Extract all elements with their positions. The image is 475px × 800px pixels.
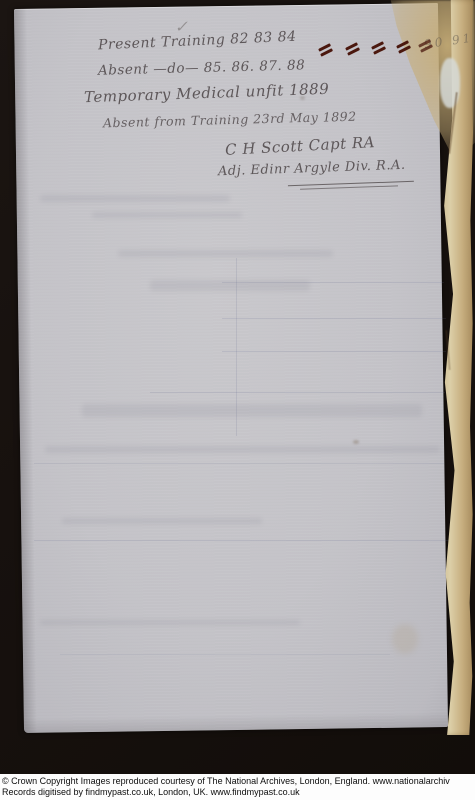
rule-line: [60, 654, 390, 655]
rule-line: [150, 392, 445, 393]
tally-mark: [318, 45, 333, 56]
tally-mark: [396, 42, 411, 53]
torn-edge-patch: [440, 58, 460, 108]
rule-line: [34, 463, 444, 464]
rule-line: [34, 540, 449, 541]
ghost-text-smudge: [150, 280, 310, 291]
tally-mark: [418, 41, 433, 52]
scan-background: Present Training 82 83 84 Absent —do— 85…: [0, 0, 475, 800]
ghost-text-smudge: [118, 250, 333, 257]
ghost-text-smudge: [82, 404, 422, 417]
ghost-text-smudge: [40, 620, 300, 625]
ghost-text-smudge: [92, 212, 242, 218]
tally-mark: [371, 43, 386, 54]
ghost-text-smudge: [62, 518, 262, 524]
ghost-text-smudge: [40, 195, 230, 202]
rule-line: [222, 318, 446, 319]
rule-line: [222, 351, 446, 352]
stain-speck: [392, 624, 418, 654]
ghost-text-smudge: [45, 446, 440, 453]
stain-speck: [353, 440, 359, 444]
tally-mark: [345, 44, 360, 55]
credit-line-1: © Crown Copyright Images reproduced cour…: [2, 776, 475, 787]
footer-credit-bar: © Crown Copyright Images reproduced cour…: [0, 774, 475, 800]
credit-line-2: Records digitised by findmypast.co.uk, L…: [2, 787, 475, 798]
